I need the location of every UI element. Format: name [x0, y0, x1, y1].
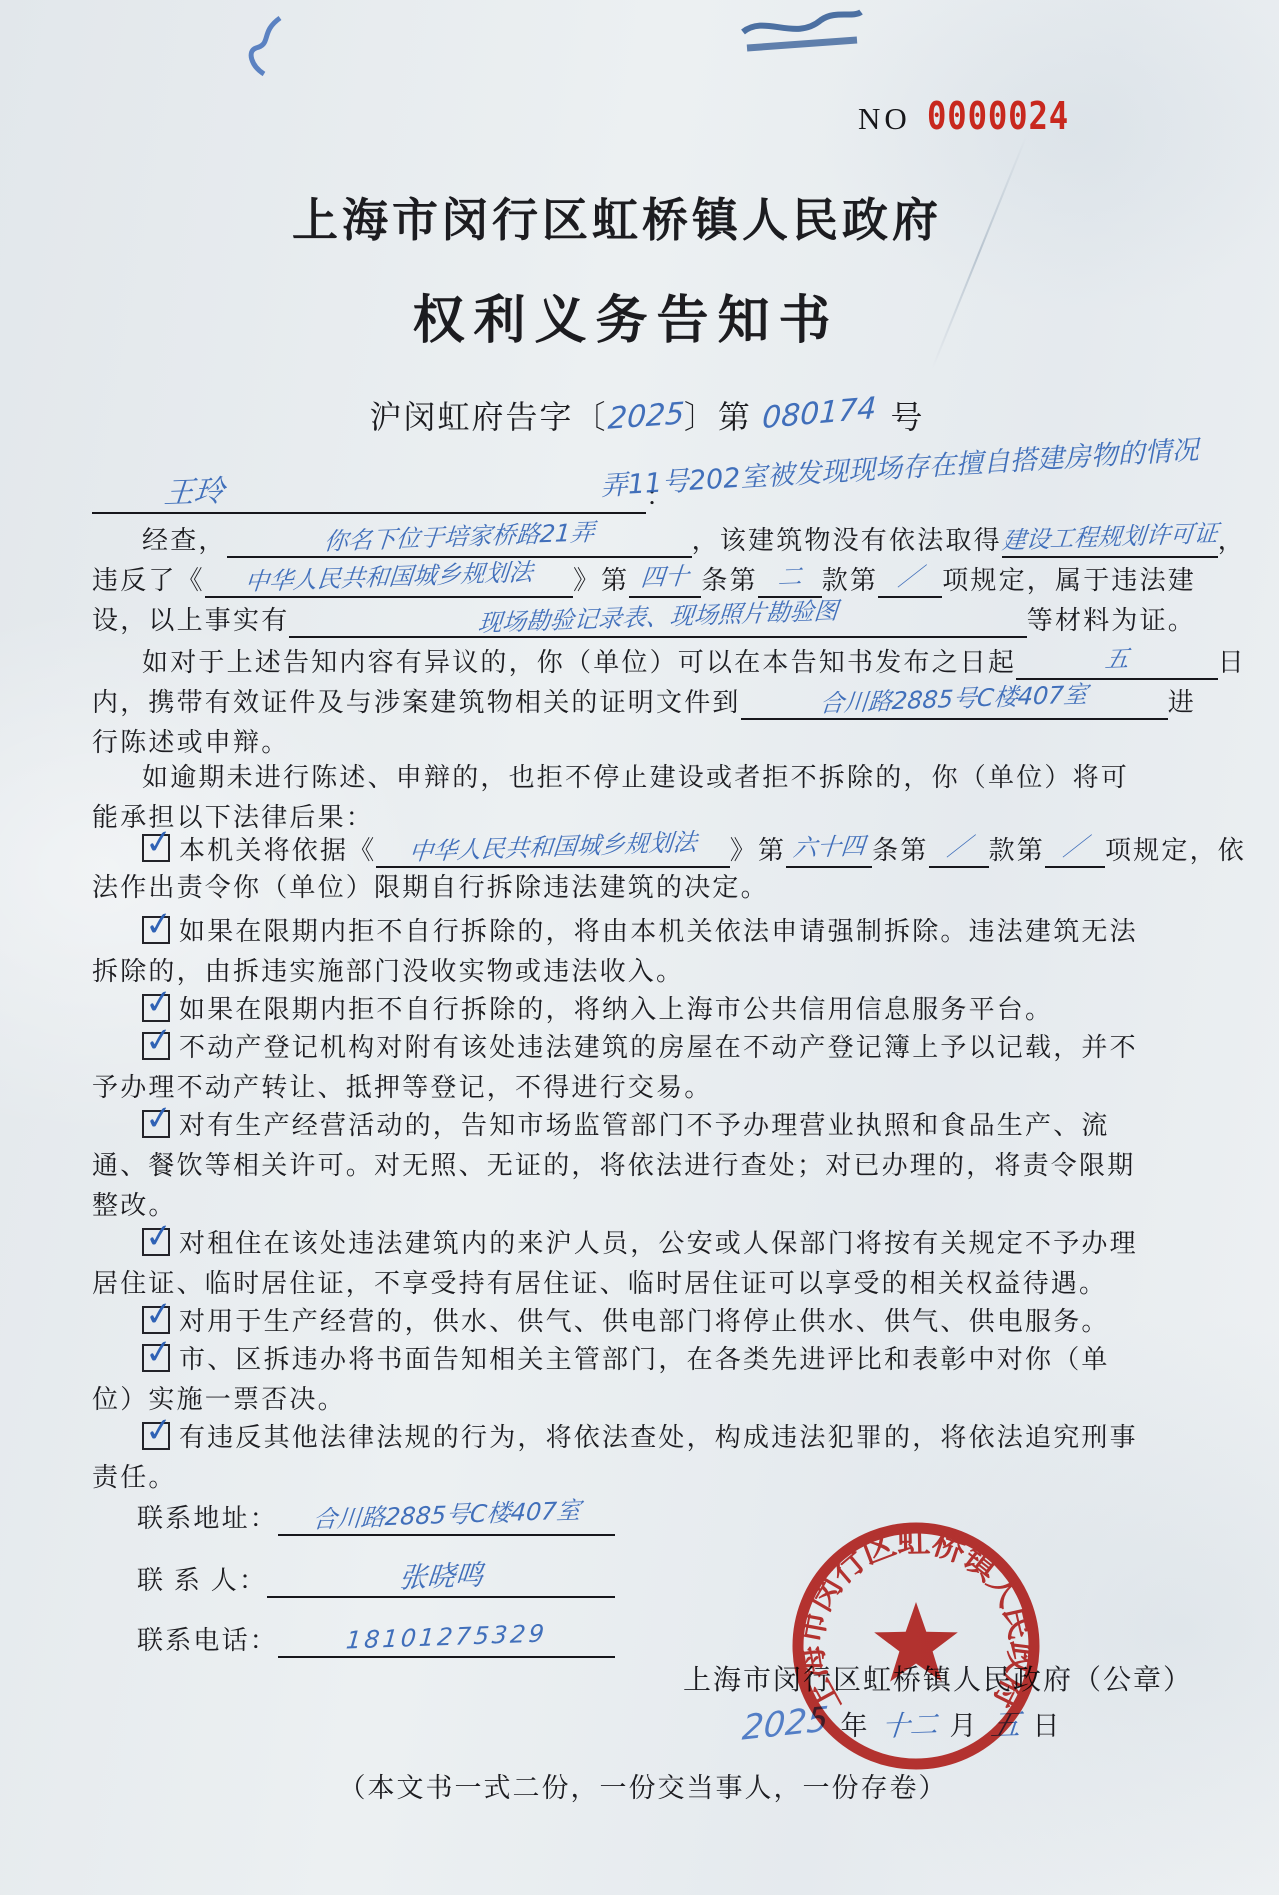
permit-blank: 建设工程规划许可证	[1002, 522, 1218, 558]
statement-address-handwritten: 合川路2885号C楼407室	[819, 679, 1089, 718]
official-seal: 上海市闵行区虹桥镇人民政府	[781, 1511, 1051, 1781]
clause-handwritten: 二	[776, 562, 803, 593]
item1-text: 》第	[730, 834, 786, 868]
item1-text: 项规定，依	[1105, 834, 1246, 868]
evidence-handwritten: 现场勘验记录表、现场照片勘验图	[477, 596, 839, 639]
checkbox-checked-icon: ✓	[142, 994, 170, 1022]
contact-person-blank: 张晓鸣	[267, 1562, 615, 1598]
item-text: 不动产登记机构对附有该处违法建筑的房屋在不动产登记簿上予以记载，并不	[179, 1033, 1138, 1062]
item-text: 如果在限期内拒不自行拆除的，将由本机关依法申请强制拆除。违法建筑无法	[179, 917, 1138, 946]
para1-line3: 设，以上事实有 现场勘验记录表、现场照片勘验图 等材料为证。	[92, 598, 1196, 638]
contact-person-handwritten: 张晓鸣	[398, 1560, 485, 1593]
addressee-name-blank: 王玲	[92, 478, 646, 514]
para1-line1: 经查， 你名下位于培家桥路21弄 ，该建筑物没有依法取得 建设工程规划许可证 ，	[92, 518, 1246, 558]
doc-no-year-handwritten: 2025	[606, 396, 685, 437]
article-handwritten: 四十	[640, 561, 691, 593]
consequence-item: ✓不动产登记机构对附有该处违法建筑的房屋在不动产登记簿上予以记载，并不 予办理不…	[92, 1028, 1202, 1108]
issuer-title: 上海市闵行区虹桥镇人民政府	[0, 184, 1234, 250]
contact-address-row: 联系地址： 合川路2885号C楼407室	[137, 1494, 615, 1536]
checkbox-checked-icon: ✓	[142, 1032, 170, 1060]
consequence-item: ✓对租住在该处违法建筑内的来沪人员，公安或人保部门将按有关规定不予办理 居住证、…	[92, 1224, 1202, 1304]
document-number-line: 沪闵虹府告字〔2025〕第 080174号	[0, 392, 1279, 438]
checkbox-checked-icon: ✓	[142, 834, 170, 862]
item-text: 责任。	[92, 1458, 1202, 1498]
item-text: 整改。	[92, 1186, 1202, 1226]
para1-text: 经查，	[142, 524, 227, 558]
contact-phone-blank: 18101275329	[278, 1622, 615, 1658]
doc-no-mid: 〕第	[684, 399, 752, 435]
item-text: 有违反其他法律法规的行为，将依法查处，构成违法犯罪的，将依法追究刑事	[179, 1423, 1138, 1452]
serial-label: NO	[858, 101, 911, 137]
checkbox-checked-icon: ✓	[142, 1422, 170, 1450]
serial-number-stamp: NO 0000024	[858, 94, 1094, 138]
item-handwritten: ／	[897, 562, 924, 593]
check-mark-icon: ✓	[143, 1215, 177, 1258]
item-text: 对有生产经营活动的，告知市场监管部门不予办理营业执照和食品生产、流	[179, 1111, 1110, 1140]
checkbox-checked-icon: ✓	[142, 1110, 170, 1138]
contact-phone-label: 联系电话：	[137, 1624, 278, 1658]
checkbox-checked-icon: ✓	[142, 1344, 170, 1372]
contact-person-row: 联 系 人： 张晓鸣	[137, 1556, 615, 1598]
check-mark-icon: ✓	[143, 1019, 177, 1062]
item-text: 对用于生产经营的，供水、供气、供电部门将停止供水、供气、供电服务。	[179, 1307, 1110, 1336]
pen-scribble-icon	[240, 12, 312, 84]
law-handwritten: 中华人民共和国城乡规划法	[244, 557, 534, 597]
location-handwritten: 你名下位于培家桥路21弄	[323, 517, 596, 557]
item1-text: 款第	[989, 834, 1045, 868]
para1-text: ，	[1218, 524, 1246, 558]
document-title: 权利义务告知书	[0, 278, 1252, 353]
permit-handwritten: 建设工程规划许可证	[1001, 518, 1220, 556]
statement-address-blank: 合川路2885号C楼407室	[741, 684, 1168, 720]
clause2-handwritten: ／	[945, 832, 972, 863]
para1-text: 等材料为证。	[1027, 604, 1196, 638]
check-mark-icon: ✓	[143, 1097, 177, 1140]
law2-handwritten: 中华人民共和国城乡规划法	[408, 827, 698, 867]
consequence-item: ✓对用于生产经营的，供水、供气、供电部门将停止供水、供气、供电服务。	[92, 1302, 1202, 1342]
location-blank: 你名下位于培家桥路21弄	[227, 522, 692, 558]
doc-no-suffix: 号	[890, 399, 924, 435]
footer-note: （本文书一式二份，一份交当事人，一份存卷）	[0, 1766, 1279, 1805]
consequence-item-cont: 法作出责令你（单位）限期自行拆除违法建筑的决定。	[92, 868, 1202, 908]
check-mark-icon: ✓	[143, 1409, 177, 1452]
check-mark-icon: ✓	[143, 903, 177, 946]
days-blank: 五	[1016, 644, 1218, 680]
item-text: 如果在限期内拒不自行拆除的，将纳入上海市公共信用信息服务平台。	[179, 995, 1053, 1024]
para2-line1: 如对于上述告知内容有异议的，你（单位）可以在本告知书发布之日起 五 日	[92, 640, 1246, 680]
para1-text: 款第	[822, 564, 878, 598]
para1-text: 设，以上事实有	[92, 604, 289, 638]
clause-blank: 二	[758, 562, 822, 598]
consequence-item: ✓ 本机关将依据《 中华人民共和国城乡规划法 》第 六十四 条第 ／ 款第 ／ …	[92, 828, 1246, 868]
para1-text: ，该建筑物没有依法取得	[692, 524, 1002, 558]
law2-blank: 中华人民共和国城乡规划法	[376, 832, 729, 868]
contact-address-handwritten: 合川路2885号C楼407室	[311, 1495, 581, 1534]
scanned-notice-page: NO 0000024 上海市闵行区虹桥镇人民政府 权利义务告知书 沪闵虹府告字〔…	[0, 0, 1279, 1895]
doc-no-number-handwritten: 080174	[761, 391, 877, 436]
item-text: 位）实施一票否决。	[92, 1380, 1202, 1420]
check-mark-icon: ✓	[143, 1293, 177, 1336]
clause2-blank: ／	[929, 832, 989, 868]
para2-text: 如对于上述告知内容有异议的，你（单位）可以在本告知书发布之日起	[142, 646, 1016, 680]
article-blank: 四十	[629, 562, 701, 598]
item-text: 居住证、临时居住证，不享受持有居住证、临时居住证可以享受的相关权益待遇。	[92, 1264, 1202, 1304]
item-text: 予办理不动产转让、抵押等登记，不得进行交易。	[92, 1068, 1202, 1108]
checkbox-checked-icon: ✓	[142, 916, 170, 944]
para2-text: 行陈述或申辩。	[92, 726, 289, 760]
para2-text: 日	[1218, 646, 1246, 680]
para3: 如逾期未进行陈述、申辩的，也拒不停止建设或者拒不拆除的，你（单位）将可 能承担以…	[92, 758, 1202, 838]
item2-handwritten: ／	[1062, 832, 1089, 863]
checkbox-checked-icon: ✓	[142, 1306, 170, 1334]
para1-line2: 违反了《 中华人民共和国城乡规划法 》第 四十 条第 二 款第 ／ 项规定，属于…	[92, 558, 1196, 598]
check-mark-icon: ✓	[143, 1331, 177, 1374]
contact-phone-row: 联系电话： 18101275329	[137, 1616, 615, 1658]
contact-phone-handwritten: 18101275329	[345, 1618, 548, 1655]
item2-blank: ／	[1045, 832, 1105, 868]
item-text: 通、餐饮等相关许可。对无照、无证的，将依法进行查处；对已办理的，将责令限期	[92, 1146, 1202, 1186]
doc-no-prefix: 沪闵虹府告字〔	[370, 399, 608, 435]
para2-text: 进	[1168, 686, 1196, 720]
contact-address-blank: 合川路2885号C楼407室	[278, 1500, 615, 1536]
contact-person-label: 联 系 人：	[137, 1564, 267, 1598]
item-blank: ／	[878, 562, 942, 598]
para3-text: 如逾期未进行陈述、申辩的，也拒不停止建设或者拒不拆除的，你（单位）将可	[92, 758, 1202, 798]
item-text: 市、区拆违办将书面告知相关主管部门，在各类先进评比和表彰中对你（单	[179, 1345, 1110, 1374]
para1-text: 》第	[573, 564, 629, 598]
para1-text: 条第	[701, 564, 757, 598]
consequence-item: ✓有违反其他法律法规的行为，将依法查处，构成违法犯罪的，将依法追究刑事 责任。	[92, 1418, 1202, 1498]
serial-digits: 0000024	[927, 94, 1069, 138]
para1-text: 违反了《	[92, 564, 205, 598]
pen-scribble-icon	[735, 2, 870, 60]
check-mark-icon: ✓	[143, 821, 177, 863]
evidence-blank: 现场勘验记录表、现场照片勘验图	[289, 602, 1026, 638]
days-handwritten: 五	[1104, 644, 1131, 675]
item1-text: 条第	[872, 834, 928, 868]
article2-blank: 六十四	[786, 832, 872, 868]
law-blank: 中华人民共和国城乡规划法	[205, 562, 573, 598]
item-text: 对租住在该处违法建筑内的来沪人员，公安或人保部门将按有关规定不予办理	[179, 1229, 1138, 1258]
checkbox-checked-icon: ✓	[142, 1228, 170, 1256]
item1-text: 本机关将依据《	[179, 834, 376, 868]
para2-text: 内，携带有效证件及与涉案建筑物相关的证明文件到	[92, 686, 741, 720]
contact-address-label: 联系地址：	[137, 1502, 278, 1536]
para2-line2: 内，携带有效证件及与涉案建筑物相关的证明文件到 合川路2885号C楼407室 进	[92, 680, 1196, 720]
addressee-name-handwritten: 王玲	[163, 477, 226, 509]
para1-text: 项规定，属于违法建	[942, 564, 1196, 598]
item1-text: 法作出责令你（单位）限期自行拆除违法建筑的决定。	[92, 868, 1202, 908]
consequence-item: ✓市、区拆违办将书面告知相关主管部门，在各类先进评比和表彰中对你（单 位）实施一…	[92, 1340, 1202, 1420]
consequence-item: ✓如果在限期内拒不自行拆除的，将由本机关依法申请强制拆除。违法建筑无法 拆除的，…	[92, 912, 1202, 992]
seal-star-icon	[874, 1602, 958, 1682]
article2-handwritten: 六十四	[792, 831, 867, 864]
consequence-item: ✓对有生产经营活动的，告知市场监管部门不予办理营业执照和食品生产、流 通、餐饮等…	[92, 1106, 1202, 1226]
check-mark-icon: ✓	[143, 981, 177, 1024]
consequence-item: ✓如果在限期内拒不自行拆除的，将纳入上海市公共信用信息服务平台。	[92, 990, 1202, 1030]
item-text: 拆除的，由拆违实施部门没收实物或违法收入。	[92, 952, 1202, 992]
para2-line3: 行陈述或申辩。	[92, 720, 1196, 760]
